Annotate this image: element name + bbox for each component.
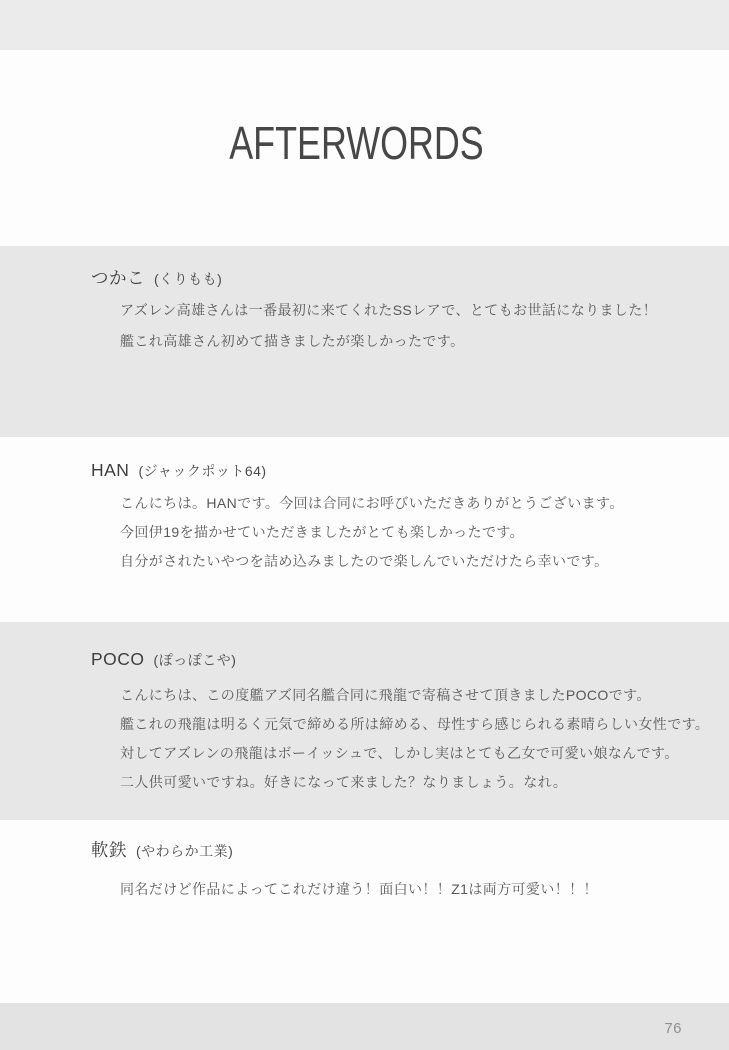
author-name: HAN (91, 459, 129, 481)
author-name-row: つかこ (くりもも) (91, 267, 222, 289)
author-name: POCO (91, 648, 145, 670)
bottom-margin-band (0, 1003, 729, 1050)
comment-line: 艦これの飛龍は明るく元気で締める所は締める、母性すら感じられる素晴らしい女性です… (120, 714, 709, 734)
comment-line: 同名だけど作品によってこれだけ違う！面白い！！Z1は両方可愛い！！！ (120, 879, 598, 899)
comment-line: 二人供可愛いですね。好きになって来ました？なりましょう。なれ。 (120, 772, 567, 792)
comment-line: こんにちは。HANです。今回は合同にお呼びいただきありがとうございます。 (120, 493, 624, 513)
author-circle-name: (ジャックポット64) (138, 462, 266, 480)
afterword-entry-tsukako: つかこ (くりもも) アズレン高雄さんは一番最初に来てくれたSSレアで、とてもお… (0, 246, 729, 437)
comment-line: アズレン高雄さんは一番最初に来てくれたSSレアで、とてもお世話になりました！ (120, 300, 657, 320)
author-name: 軟鉄 (91, 839, 127, 861)
comment-line: 今回伊19を描かせていただきましたがとても楽しかったです。 (120, 522, 524, 542)
comment-line: 対してアズレンの飛龍はボーイッシュで、しかし実はとても乙女で可愛い娘なんです。 (120, 743, 679, 763)
top-margin-band (0, 0, 729, 50)
author-name-row: POCO (ぽっぽこや) (91, 648, 236, 670)
afterword-entry-poco: POCO (ぽっぽこや) こんにちは、この度艦アズ同名艦合同に飛龍で寄稿させて頂… (0, 622, 729, 820)
author-circle-name: (ぽっぽこや) (154, 651, 237, 669)
afterwords-scan-page: AFTERWORDS つかこ (くりもも) アズレン高雄さんは一番最初に来てくれ… (0, 0, 729, 1050)
comment-line: 自分がされたいやつを詰め込みましたので楽しんでいただけたら幸いです。 (120, 551, 608, 571)
comment-line: 艦これ高雄さん初めて描きましたが楽しかったです。 (120, 331, 464, 351)
afterword-entry-nantetsu: 軟鉄 (やわらか工業) 同名だけど作品によってこれだけ違う！面白い！！Z1は両方… (0, 820, 729, 1003)
author-name-row: HAN (ジャックポット64) (91, 459, 267, 481)
afterword-entry-han: HAN (ジャックポット64) こんにちは。HANです。今回は合同にお呼びいただ… (0, 437, 729, 622)
page-title: AFTERWORDS (72, 120, 641, 166)
page-number: 76 (664, 1020, 682, 1038)
comment-line: こんにちは、この度艦アズ同名艦合同に飛龍で寄稿させて頂きましたPOCOです。 (120, 685, 651, 705)
author-circle-name: (くりもも) (154, 270, 222, 288)
author-name-row: 軟鉄 (やわらか工業) (91, 839, 233, 861)
author-name: つかこ (91, 267, 145, 289)
author-circle-name: (やわらか工業) (136, 842, 233, 860)
